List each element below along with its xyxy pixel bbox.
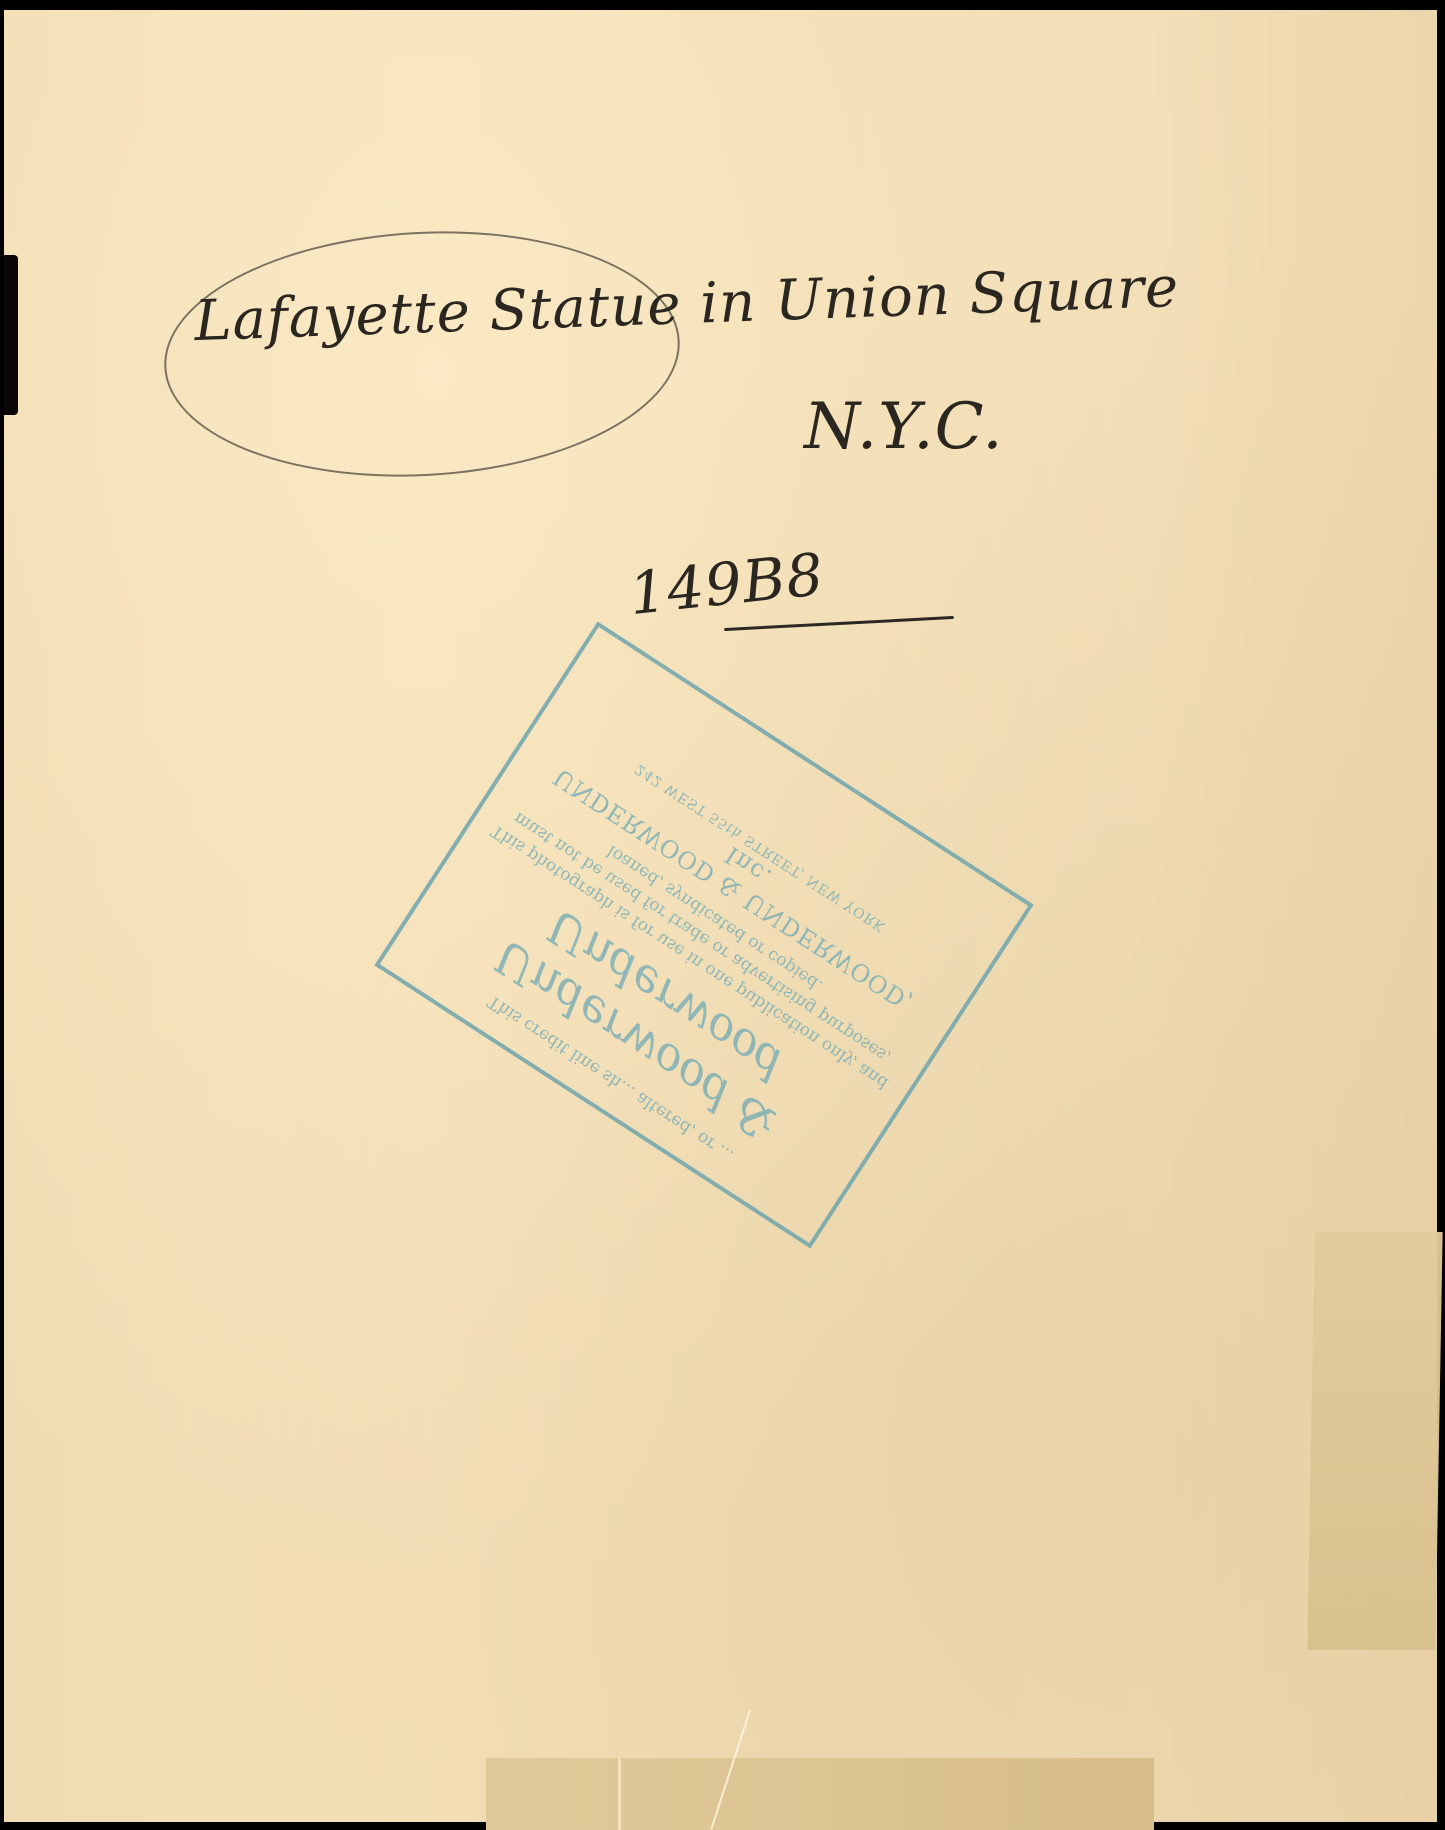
handwritten-location: N.Y.C.	[804, 390, 1004, 464]
handwritten-catalog-number: 149B8	[626, 540, 827, 628]
photo-back-paper: Lafayette Statue in Union Square N.Y.C. …	[4, 10, 1437, 1822]
pencil-circle	[158, 219, 686, 490]
tape-residue-bottom	[486, 1758, 1154, 1830]
tape-seam	[618, 1758, 621, 1830]
mount-tab	[4, 255, 18, 415]
tape-residue-right	[1307, 1232, 1442, 1650]
pencil-underline	[724, 616, 954, 631]
agency-stamp: This credit line sh... altered, or ... U…	[374, 621, 1033, 1248]
